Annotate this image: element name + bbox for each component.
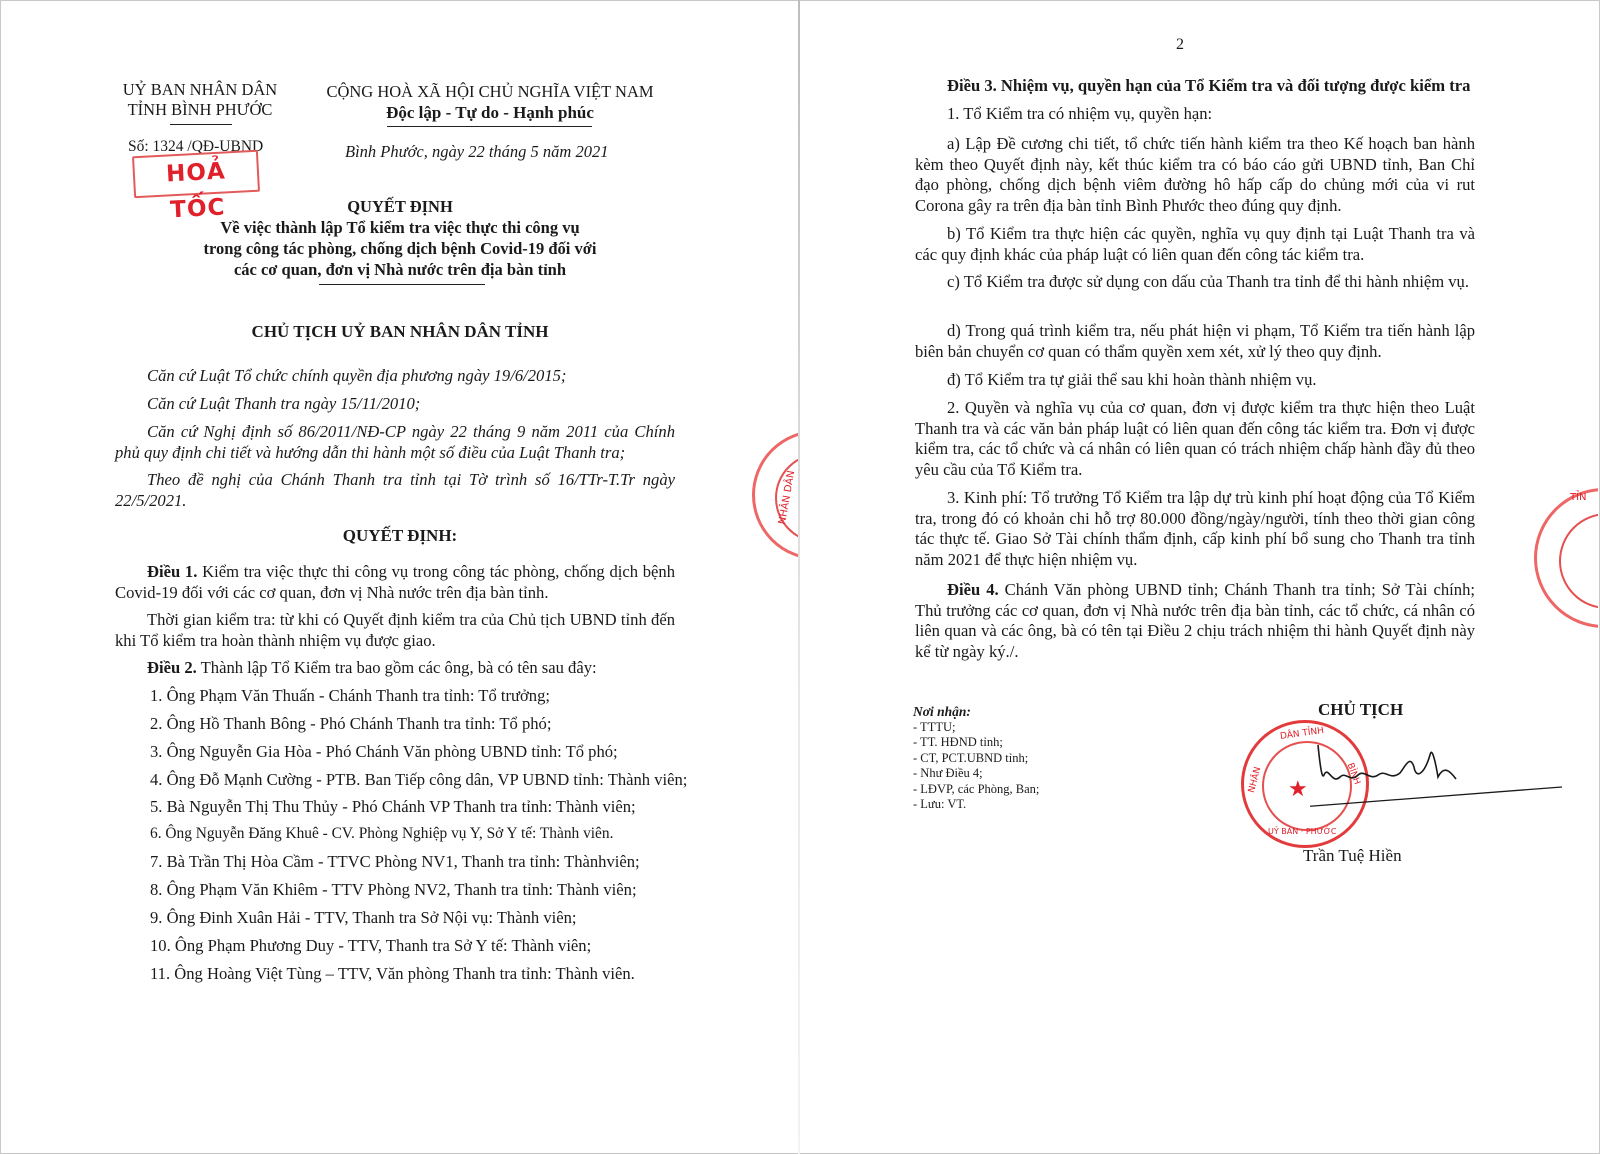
- recipients-list: - TTTU;- TT. HĐND tỉnh;- CT, PCT.UBND tỉ…: [913, 720, 1039, 813]
- member-item: 2. Ông Hồ Thanh Bông - Phó Chánh Thanh t…: [150, 714, 551, 734]
- legal-basis-3-text: Căn cứ Nghị định số 86/2011/NĐ-CP ngày 2…: [115, 422, 675, 462]
- article-4: Điều 4. Chánh Văn phòng UBND tỉnh; Chánh…: [915, 580, 1475, 662]
- member-item: 10. Ông Phạm Phương Duy - TTV, Thanh tra…: [150, 936, 591, 956]
- nation-motto: Độc lập - Tự do - Hạnh phúc: [320, 102, 660, 123]
- recipient-item: - Như Điều 4;: [913, 766, 1039, 782]
- legal-basis-2-text: Căn cứ Luật Thanh tra ngày 15/11/2010;: [147, 394, 420, 413]
- subject-line-3: các cơ quan, đơn vị Nhà nước trên địa bà…: [150, 259, 650, 280]
- seal-outer-ring: [1534, 488, 1598, 628]
- article-3-heading-text: Điều 3. Nhiệm vụ, quyền hạn của Tổ Kiểm …: [947, 76, 1470, 95]
- org-underline: [170, 124, 232, 125]
- seal-inner-ring: [1559, 513, 1598, 609]
- legal-basis-1: Căn cứ Luật Tổ chức chính quyền địa phươ…: [115, 366, 675, 387]
- issuing-org: UỶ BAN NHÂN DÂN TỈNH BÌNH PHƯỚC: [115, 80, 285, 120]
- motto-underline: [387, 126, 592, 127]
- recipient-item: - LĐVP, các Phòng, Ban;: [913, 782, 1039, 798]
- seal-left-text: NHÂN: [1247, 766, 1263, 794]
- recipients-title: Nơi nhận:: [913, 704, 1039, 720]
- article-2: Điều 2. Thành lập Tổ Kiểm tra bao gồm cá…: [115, 658, 675, 679]
- authority-heading: CHỦ TỊCH UỶ BAN NHÂN DÂN TỈNH: [150, 322, 650, 342]
- article-3-item-3: 3. Kinh phí: Tổ trưởng Tổ Kiểm tra lập d…: [915, 488, 1475, 570]
- article-3-b: b) Tổ Kiểm tra thực hiện các quyền, nghĩ…: [915, 224, 1475, 265]
- article-3-item-1: 1. Tổ Kiểm tra có nhiệm vụ, quyền hạn:: [915, 104, 1475, 125]
- article-3-item-2: 2. Quyền và nghĩa vụ của cơ quan, đơn vị…: [915, 398, 1475, 480]
- recipient-item: - CT, PCT.UBND tỉnh;: [913, 751, 1039, 767]
- article-3-item-3-text: 3. Kinh phí: Tổ trưởng Tổ Kiểm tra lập d…: [915, 488, 1475, 569]
- member-item: 11. Ông Hoàng Việt Tùng – TTV, Văn phòng…: [150, 964, 635, 984]
- article-3-c: c) Tổ Kiểm tra được sử dụng con dấu của …: [915, 272, 1475, 293]
- subject-underline: [319, 284, 485, 285]
- member-item: 4. Ông Đỗ Mạnh Cường - PTB. Ban Tiếp côn…: [150, 770, 687, 790]
- decision-title-block: QUYẾT ĐỊNH Về việc thành lập Tổ kiểm tra…: [150, 196, 650, 280]
- member-item: 8. Ông Phạm Văn Khiêm - TTV Phòng NV2, T…: [150, 880, 637, 900]
- member-item: 7. Bà Trần Thị Hòa Cầm - TTVC Phòng NV1,…: [150, 852, 640, 872]
- legal-basis-4: Theo đề nghị của Chánh Thanh tra tỉnh tạ…: [115, 470, 675, 511]
- member-item: 6. Ông Nguyễn Đăng Khuê - CV. Phòng Nghi…: [150, 825, 613, 843]
- doc-type: QUYẾT ĐỊNH: [150, 196, 650, 217]
- article-3-b-text: b) Tổ Kiểm tra thực hiện các quyền, nghĩ…: [915, 224, 1475, 264]
- partial-seal-page2: TỈN: [1534, 488, 1598, 628]
- article-3-d: d) Trong quá trình kiểm tra, nếu phát hi…: [915, 321, 1475, 362]
- partial-seal-page1: NHÂN DÂN: [752, 430, 798, 560]
- member-item: 5. Bà Nguyễn Thị Thu Thủy - Phó Chánh VP…: [150, 797, 636, 817]
- recipients-block: Nơi nhận: - TTTU;- TT. HĐND tỉnh;- CT, P…: [913, 704, 1039, 813]
- article-3-dd-text: đ) Tổ Kiểm tra tự giải thể sau khi hoàn …: [947, 370, 1317, 389]
- article-3-c-text: c) Tổ Kiểm tra được sử dụng con dấu của …: [947, 272, 1469, 291]
- article-2-label: Điều 2.: [147, 658, 197, 677]
- recipient-item: - TT. HĐND tỉnh;: [913, 735, 1039, 751]
- decision-heading: QUYẾT ĐỊNH:: [150, 526, 650, 546]
- recipient-item: - TTTU;: [913, 720, 1039, 736]
- legal-basis-3: Căn cứ Nghị định số 86/2011/NĐ-CP ngày 2…: [115, 422, 675, 463]
- member-item: 3. Ông Nguyễn Gia Hòa - Phó Chánh Văn ph…: [150, 742, 618, 762]
- article-1-text: Kiểm tra việc thực thi công vụ trong côn…: [115, 562, 675, 602]
- article-3-item-1-text: 1. Tổ Kiểm tra có nhiệm vụ, quyền hạn:: [947, 104, 1212, 123]
- legal-basis-2: Căn cứ Luật Thanh tra ngày 15/11/2010;: [115, 394, 675, 415]
- article-3-a: a) Lập Đề cương chi tiết, tổ chức tiến h…: [915, 134, 1475, 216]
- partial-seal-text: TỈN: [1570, 492, 1587, 503]
- article-3-a-text: a) Lập Đề cương chi tiết, tổ chức tiến h…: [915, 134, 1475, 215]
- signer-title: CHỦ TỊCH: [1318, 700, 1403, 720]
- article-3-item-2-text: 2. Quyền và nghĩa vụ của cơ quan, đơn vị…: [915, 398, 1475, 479]
- recipient-item: - Lưu: VT.: [913, 797, 1039, 813]
- signer-name: Trần Tuệ Hiền: [1303, 846, 1402, 866]
- national-header: CỘNG HOÀ XÃ HỘI CHỦ NGHĨA VIỆT NAM Độc l…: [320, 81, 660, 123]
- article-3-d-text: d) Trong quá trình kiểm tra, nếu phát hi…: [915, 321, 1475, 361]
- member-item: 1. Ông Phạm Văn Thuấn - Chánh Thanh tra …: [150, 686, 550, 706]
- member-item: 9. Ông Đinh Xuân Hải - TTV, Thanh tra Sở…: [150, 908, 577, 928]
- article-3-heading: Điều 3. Nhiệm vụ, quyền hạn của Tổ Kiểm …: [915, 76, 1475, 97]
- page-number: 2: [1130, 36, 1230, 54]
- urgent-stamp: HOẢ TỐC: [132, 150, 260, 199]
- seal-star-icon: ★: [1288, 776, 1308, 802]
- article-1-time-text: Thời gian kiểm tra: từ khi có Quyết định…: [115, 610, 675, 650]
- page-1: UỶ BAN NHÂN DÂN TỈNH BÌNH PHƯỚC Số: 1324…: [0, 0, 798, 1154]
- org-line-2: TỈNH BÌNH PHƯỚC: [115, 100, 285, 120]
- article-1-time: Thời gian kiểm tra: từ khi có Quyết định…: [115, 610, 675, 651]
- legal-basis-4-text: Theo đề nghị của Chánh Thanh tra tỉnh tạ…: [115, 470, 675, 510]
- legal-basis-1-text: Căn cứ Luật Tổ chức chính quyền địa phươ…: [147, 366, 566, 385]
- article-4-label: Điều 4.: [947, 580, 999, 599]
- signature-icon: [1310, 735, 1570, 815]
- subject-line-1: Về việc thành lập Tổ kiểm tra việc thực …: [150, 217, 650, 238]
- subject-line-2: trong công tác phòng, chống dịch bệnh Co…: [150, 238, 650, 259]
- article-2-text: Thành lập Tổ Kiểm tra bao gồm các ông, b…: [201, 658, 597, 677]
- seal-bottom-text: UỶ BAN · PHƯỚC: [1268, 827, 1336, 836]
- article-3-dd: đ) Tổ Kiểm tra tự giải thể sau khi hoàn …: [915, 370, 1475, 391]
- date-line: Bình Phước, ngày 22 tháng 5 năm 2021: [345, 142, 608, 162]
- article-4-text: Chánh Văn phòng UBND tỉnh; Chánh Thanh t…: [915, 580, 1475, 661]
- page-2: 2 Điều 3. Nhiệm vụ, quyền hạn của Tổ Kiể…: [800, 0, 1598, 1154]
- org-line-1: UỶ BAN NHÂN DÂN: [115, 80, 285, 100]
- article-1: Điều 1. Kiểm tra việc thực thi công vụ t…: [115, 562, 675, 603]
- article-1-label: Điều 1.: [147, 562, 197, 581]
- nation-line-1: CỘNG HOÀ XÃ HỘI CHỦ NGHĨA VIỆT NAM: [320, 81, 660, 102]
